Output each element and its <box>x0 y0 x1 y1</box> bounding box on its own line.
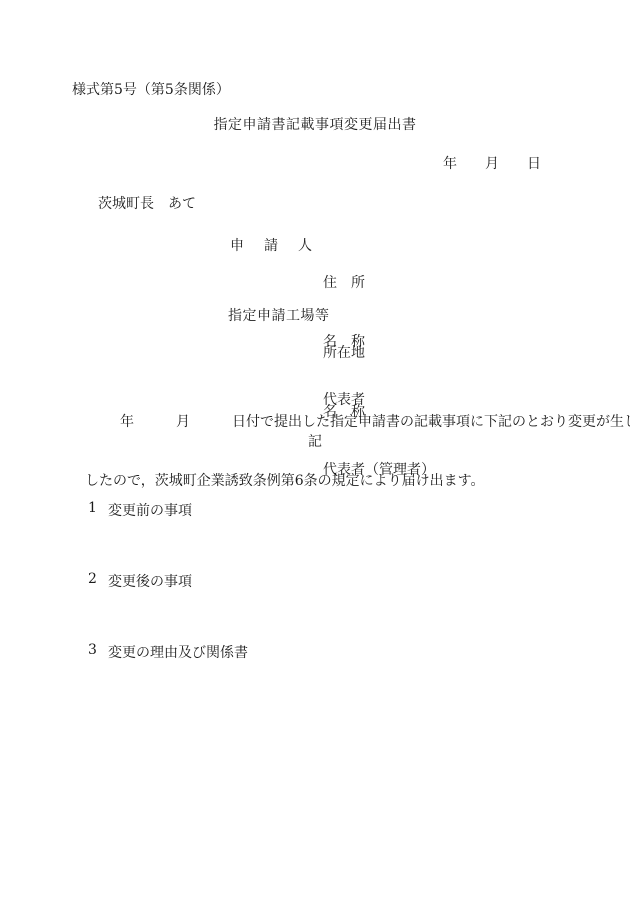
applicant-label: 申 請 人 <box>230 235 315 255</box>
item-text: 変更後の事項 <box>108 571 192 591</box>
list-item: 3 変更の理由及び関係書 <box>88 642 248 662</box>
item-text: 変更前の事項 <box>108 500 192 520</box>
section-marker: 記 <box>0 431 630 451</box>
item-number: 3 <box>88 642 108 662</box>
body-line-1: 年 月 日付で提出した指定申請書の記載事項に下記のとおり変更が生じま <box>85 413 575 433</box>
form-number: 様式第5号（第5条関係） <box>72 79 230 99</box>
item-list: 1 変更前の事項 2 変更後の事項 3 変更の理由及び関係書 <box>88 468 248 713</box>
list-item: 1 変更前の事項 <box>88 500 248 520</box>
document-title: 指定申請書記載事項変更届出書 <box>0 114 630 134</box>
date-line: 年 月 日 <box>443 153 541 173</box>
item-number: 2 <box>88 571 108 591</box>
item-text: 変更の理由及び関係書 <box>108 642 248 662</box>
document-page: 様式第5号（第5条関係） 指定申請書記載事項変更届出書 年 月 日 茨城町長 あ… <box>0 0 630 903</box>
facility-label: 指定申請工場等 <box>228 305 330 325</box>
addressee-line: 茨城町長 あて <box>98 193 196 213</box>
applicant-address-label: 住 所 <box>323 274 365 294</box>
list-item: 2 変更後の事項 <box>88 571 248 591</box>
facility-location-label: 所在地 <box>323 344 435 364</box>
item-number: 1 <box>88 500 108 520</box>
